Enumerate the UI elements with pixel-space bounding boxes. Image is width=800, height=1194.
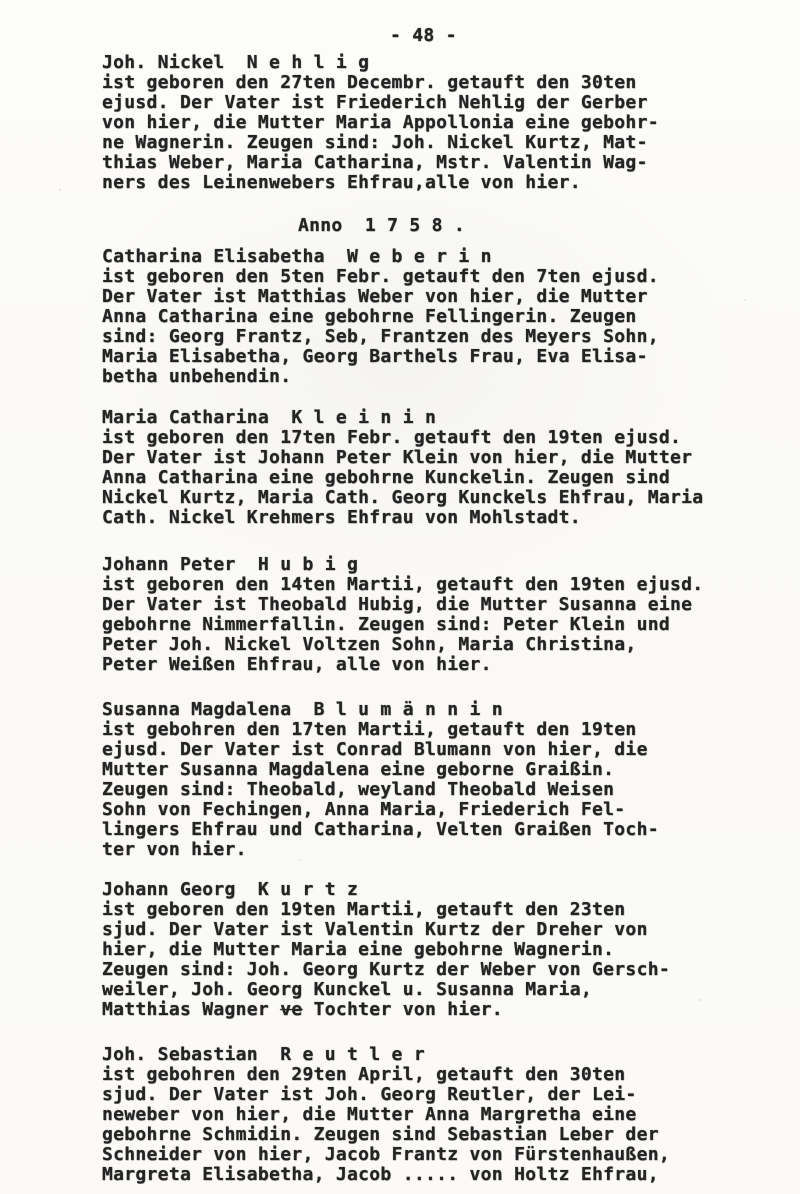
anno-year-header: Anno 1 7 5 8 . <box>102 216 740 236</box>
entry-heading: Joh. Sebastian R e u t l e r <box>102 1045 740 1065</box>
baptism-entry-blumaennin: Susanna Magdalena B l u m ä n n i n ist … <box>102 700 740 860</box>
entry-heading: Joh. Nickel N e h l i g <box>102 53 740 73</box>
entry-line: gebohrne Schmidin. Zeugen sind Sebastian… <box>102 1125 740 1145</box>
entry-line: ist geboren den 27ten Decembr. getauft d… <box>102 73 740 93</box>
entry-line: ne Wagnerin. Zeugen sind: Joh. Nickel Ku… <box>102 133 740 153</box>
struck-text: ve <box>280 999 302 1020</box>
entry-line: Peter Joh. Nickel Voltzen Sohn, Maria Ch… <box>102 635 740 655</box>
entry-line: Matthias Wagner ve Tochter von hier. <box>102 1000 740 1020</box>
entry-line: ejusd. Der Vater ist Conrad Blumann von … <box>102 740 740 760</box>
document-page: - 48 - Joh. Nickel N e h l i g ist gebor… <box>0 0 800 1185</box>
entry-line: Nickel Kurtz, Maria Cath. Georg Kunckels… <box>102 488 740 508</box>
baptism-entry-kleinin: Maria Catharina K l e i n i n ist gebore… <box>102 408 740 528</box>
entry-line: Der Vater ist Theobald Hubig, die Mutter… <box>102 595 740 615</box>
entry-line: hier, die Mutter Maria eine gebohrne Wag… <box>102 940 740 960</box>
entry-line: Margreta Elisabetha, Jacob ..... von Hol… <box>102 1165 740 1185</box>
entry-line: betha unbehendin. <box>102 367 740 387</box>
entry-line: sind: Georg Frantz, Seb, Frantzen des Me… <box>102 327 740 347</box>
entry-heading: Johann Georg K u r t z <box>102 880 740 900</box>
entry-line: thias Weber, Maria Catharina, Mstr. Vale… <box>102 153 740 173</box>
entry-line: Anna Catharina eine gebohrne Fellingerin… <box>102 307 740 327</box>
entry-line: sjud. Der Vater ist Valentin Kurtz der D… <box>102 920 740 940</box>
entry-line: ist geboren den 5ten Febr. getauft den 7… <box>102 267 740 287</box>
entry-line: ist geboren den 19ten Martii, getauft de… <box>102 900 740 920</box>
entry-line: weiler, Joh. Georg Kunckel u. Susanna Ma… <box>102 980 740 1000</box>
entry-heading: Susanna Magdalena B l u m ä n n i n <box>102 700 740 720</box>
entry-line: Mutter Susanna Magdalena eine geborne Gr… <box>102 760 740 780</box>
entry-line: von hier, die Mutter Maria Appollonia ei… <box>102 113 740 133</box>
page-number: - 48 - <box>390 26 740 46</box>
entry-line: Zeugen sind: Theobald, weyland Theobald … <box>102 780 740 800</box>
entry-line: Peter Weißen Ehfrau, alle von hier. <box>102 655 740 675</box>
entry-line: ist geboren den 17ten Febr. getauft den … <box>102 428 740 448</box>
entry-line: lingers Ehfrau und Catharina, Velten Gra… <box>102 820 740 840</box>
entry-line: sjud. Der Vater ist Joh. Georg Reutler, … <box>102 1085 740 1105</box>
baptism-entry-hubig: Johann Peter H u b i g ist geboren den 1… <box>102 555 740 675</box>
entry-line: Schneider von hier, Jacob Frantz von Für… <box>102 1145 740 1165</box>
entry-line: ist gebohren den 29ten April, getauft de… <box>102 1065 740 1085</box>
entry-line: gebohrne Nimmerfallin. Zeugen sind: Pete… <box>102 615 740 635</box>
entry-line: Maria Elisabetha, Georg Barthels Frau, E… <box>102 347 740 367</box>
entry-line: Der Vater ist Johann Peter Klein von hie… <box>102 448 740 468</box>
baptism-entry-weberin: Catharina Elisabetha W e b e r i n ist g… <box>102 247 740 387</box>
entry-line: ist gebohren den 17ten Martii, getauft d… <box>102 720 740 740</box>
entry-line: Cath. Nickel Krehmers Ehfrau von Mohlsta… <box>102 508 740 528</box>
baptism-entry-reutler: Joh. Sebastian R e u t l e r ist gebohre… <box>102 1045 740 1185</box>
line-text: Tochter von hier. <box>302 999 502 1020</box>
entry-heading: Johann Peter H u b i g <box>102 555 740 575</box>
entry-line: ejusd. Der Vater ist Friederich Nehlig d… <box>102 93 740 113</box>
baptism-entry-nehlig: Joh. Nickel N e h l i g ist geboren den … <box>102 53 740 193</box>
entry-line: neweber von hier, die Mutter Anna Margre… <box>102 1105 740 1125</box>
entry-line: Sohn von Fechingen, Anna Maria, Friederi… <box>102 800 740 820</box>
entry-line: ners des Leinenwebers Ehfrau,alle von hi… <box>102 173 740 193</box>
entry-line: Anna Catharina eine gebohrne Kunckelin. … <box>102 468 740 488</box>
entry-line: ist geboren den 14ten Martii, getauft de… <box>102 575 740 595</box>
entry-line: Der Vater ist Matthias Weber von hier, d… <box>102 287 740 307</box>
entry-line: ter von hier. <box>102 840 740 860</box>
entry-line: Zeugen sind: Joh. Georg Kurtz der Weber … <box>102 960 740 980</box>
entry-heading: Catharina Elisabetha W e b e r i n <box>102 247 740 267</box>
baptism-entry-kurtz: Johann Georg K u r t z ist geboren den 1… <box>102 880 740 1020</box>
line-text: Matthias Wagner <box>102 999 280 1020</box>
entry-heading: Maria Catharina K l e i n i n <box>102 408 740 428</box>
